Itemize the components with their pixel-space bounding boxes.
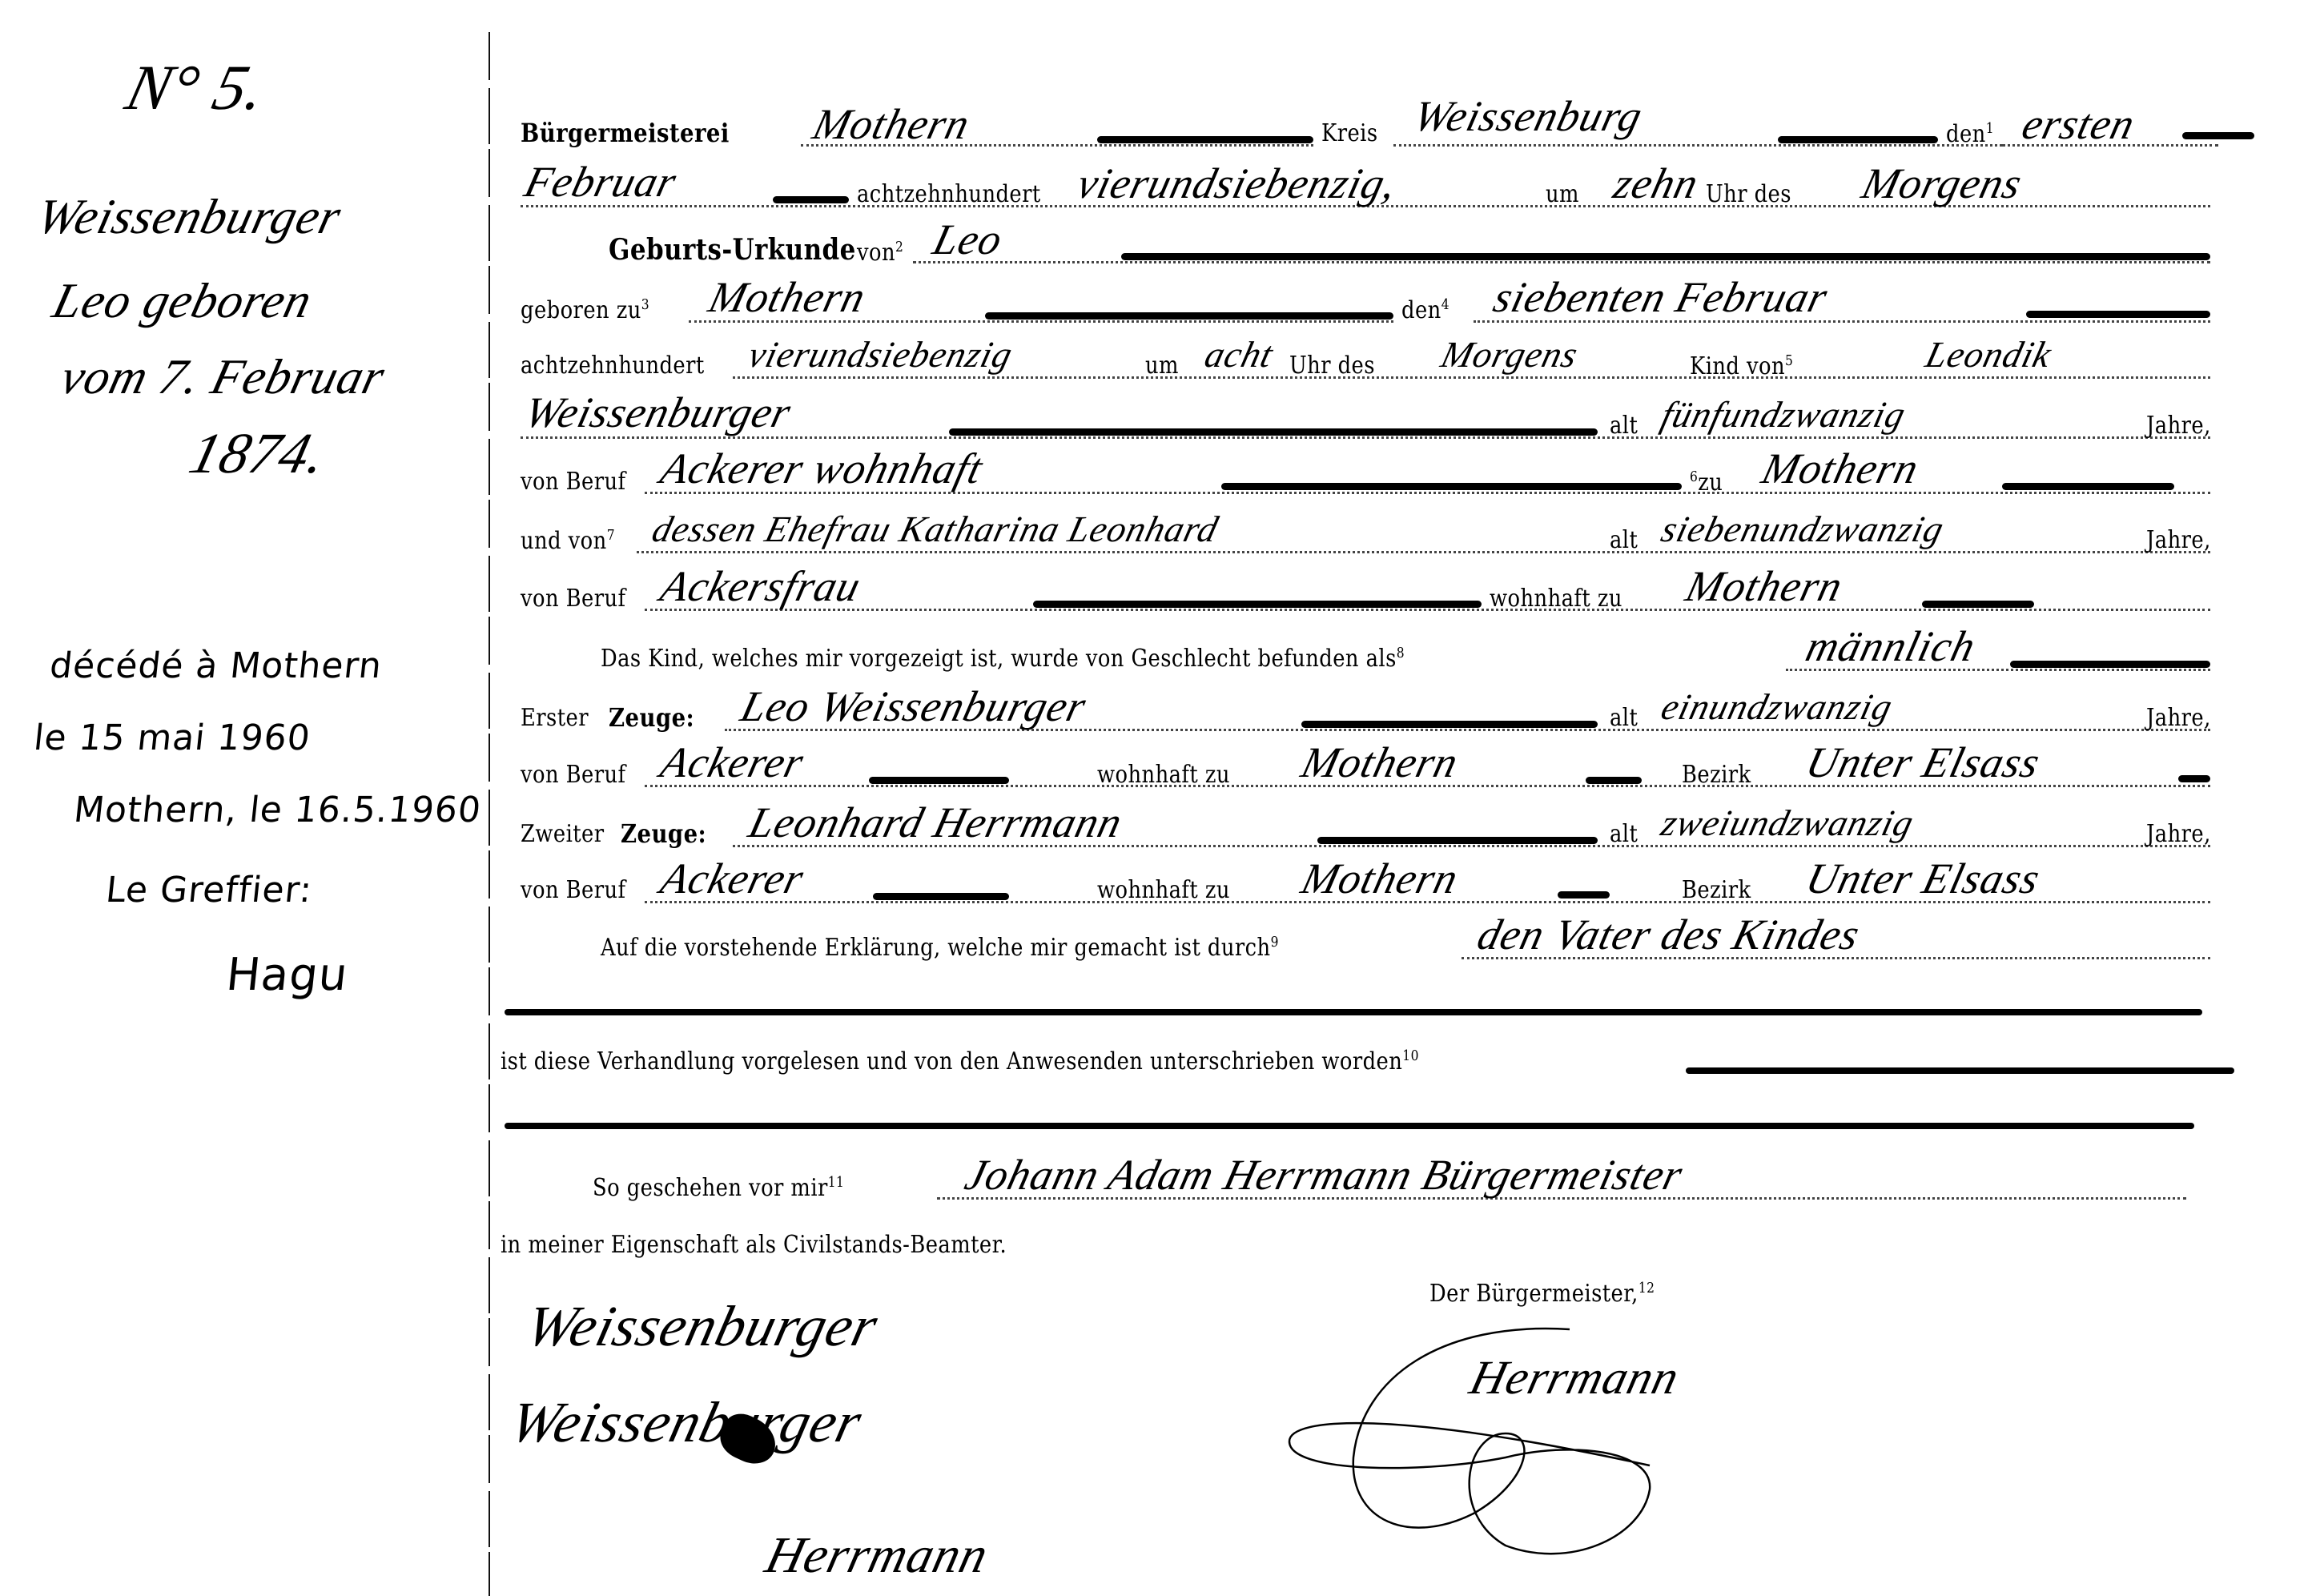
label-bezirk: Bezirk: [1682, 763, 1751, 787]
dotted-guide: [645, 609, 2210, 611]
signer-1-signature: Weissenburger: [521, 1297, 884, 1355]
value-father-profession: Ackerer wohnhaft: [657, 447, 987, 490]
value-mother-residence: Mothern: [1682, 565, 1847, 608]
fill-stroke: [873, 893, 1009, 900]
fill-stroke: [2010, 661, 2210, 668]
value-birth-date: siebenten Februar: [1490, 275, 1832, 319]
fill-stroke: [1097, 136, 1313, 143]
dotted-guide: [913, 261, 2210, 263]
value-second-witness-profession: Ackerer: [657, 857, 808, 900]
value-father-first-name: Leondik: [1922, 336, 2056, 373]
label-erster: Erster: [521, 706, 589, 730]
value-child-name: Leo: [929, 218, 1007, 261]
label-jahre: Jahre,: [2146, 529, 2211, 553]
fill-stroke: [1221, 483, 1682, 490]
margin-name-line-1: Weissenburger: [32, 192, 346, 242]
fill-stroke: [1922, 601, 2034, 608]
value-second-witness-residence: Mothern: [1297, 857, 1462, 900]
fill-stroke: [773, 196, 849, 203]
fill-stroke: [2026, 311, 2210, 318]
fill-stroke: [2002, 483, 2174, 490]
fill-stroke: [1586, 777, 1642, 784]
label-zeuge: Zeuge:: [609, 705, 694, 730]
value-birth-year: vierundsiebenzig: [745, 336, 1016, 373]
fill-stroke: [869, 777, 1009, 784]
label-kind-von: Kind von5: [1690, 354, 1793, 379]
label-zweiter: Zweiter: [521, 822, 605, 846]
label-jahre: Jahre,: [2146, 414, 2211, 438]
margin-name-line-3: vom 7. Februar: [56, 352, 390, 402]
value-father-residence: Mothern: [1758, 447, 1923, 490]
label-alt: alt: [1610, 414, 1638, 438]
fill-stroke: [2178, 775, 2210, 782]
death-note-line-3: Mothern, le 16.5.1960: [72, 793, 483, 828]
value-mother-profession: Ackersfrau: [657, 565, 865, 608]
label-von: von2: [857, 240, 903, 265]
done-before-me-text: So geschehen vor mir11: [593, 1176, 844, 1200]
label-buergermeisterei: Bürgermeisterei: [521, 120, 730, 146]
capacity-text: in meiner Eigenschaft als Civilstands-Be…: [501, 1233, 1007, 1257]
signature-flourish-icon: [1265, 1313, 1746, 1578]
declaration-text: Auf die vorstehende Erklärung, welche mi…: [601, 935, 1279, 960]
label-um: um: [1145, 354, 1179, 378]
label-achtzehnhundert: achtzehnhundert: [521, 354, 705, 378]
margin-divider: [489, 32, 490, 1596]
label-wohnhaft-zu: wohnhaft zu: [1097, 878, 1230, 903]
label-um: um: [1546, 183, 1579, 207]
value-declarant: den Vater des Kindes: [1474, 913, 1864, 956]
value-time-of-day: Morgens: [1858, 162, 2026, 205]
death-note-line-1: décédé à Mothern: [48, 649, 384, 684]
value-mother-age: siebenundzwanzig: [1658, 511, 1948, 548]
value-sex: männlich: [1802, 625, 1980, 668]
label-zu: 6zu: [1690, 470, 1723, 495]
fill-stroke: [1686, 1067, 2234, 1074]
greffier-signature: Hagu: [224, 953, 350, 998]
fill-stroke: [1121, 253, 2210, 260]
label-kreis: Kreis: [1321, 122, 1378, 146]
value-first-witness-residence: Mothern: [1297, 741, 1462, 784]
value-mother-name: dessen Ehefrau Katharina Leonhard: [649, 511, 1222, 548]
label-wohnhaft-zu: wohnhaft zu: [1490, 587, 1622, 611]
label-geboren-zu: geboren zu3: [521, 298, 649, 323]
value-first-witness-name: Leo Weissenburger: [737, 685, 1091, 728]
label-von-beruf: von Beruf: [521, 587, 626, 611]
label-alt: alt: [1610, 822, 1638, 846]
fill-stroke: [1778, 136, 1938, 143]
death-note-line-4: Le Greffier:: [104, 873, 314, 908]
label-zeuge: Zeuge:: [621, 821, 706, 846]
value-day: ersten: [2018, 103, 2139, 146]
signer-3-signature: Herrmann: [761, 1530, 994, 1581]
fill-stroke: [1301, 721, 1598, 728]
value-official: Johann Adam Herrmann Bürgermeister: [961, 1153, 1687, 1196]
value-birth-hour: acht: [1201, 336, 1277, 373]
record-number: N° 5.: [120, 56, 272, 120]
label-von-beruf: von Beruf: [521, 470, 626, 494]
value-second-witness-age: zweiundzwanzig: [1658, 805, 1918, 842]
value-father-surname: Weissenburger: [521, 391, 795, 434]
value-second-witness-district: Unter Elsass: [1802, 857, 2045, 900]
label-wohnhaft-zu: wohnhaft zu: [1097, 763, 1230, 787]
value-month: Februar: [521, 160, 681, 203]
value-mayoralty: Mothern: [809, 103, 974, 146]
sex-statement-text: Das Kind, welches mir vorgezeigt ist, wu…: [601, 646, 1405, 671]
margin-name-line-2: Leo geboren: [48, 276, 317, 326]
document-title: Geburts-Urkunde: [609, 235, 856, 264]
signer-2-signature: Weissenburger: [505, 1393, 868, 1451]
mayor-label: Der Bürgermeister,12: [1429, 1281, 1655, 1306]
dotted-guide: [637, 551, 2210, 553]
label-alt: alt: [1610, 706, 1638, 730]
dotted-guide: [733, 376, 2210, 379]
value-second-witness-name: Leonhard Herrmann: [745, 801, 1127, 844]
blank-fill-rule: [505, 1009, 2202, 1015]
value-district: Weissenburg: [1409, 94, 1647, 138]
label-alt: alt: [1610, 529, 1638, 553]
death-note-line-2: le 15 mai 1960: [32, 721, 312, 756]
label-von-beruf: von Beruf: [521, 878, 626, 903]
value-birth-time-of-day: Morgens: [1437, 336, 1582, 373]
value-born-at: Mothern: [705, 275, 870, 319]
label-von-beruf: von Beruf: [521, 763, 626, 787]
label-uhr-des: Uhr des: [1706, 183, 1791, 207]
margin-name-line-4: 1874.: [184, 424, 332, 482]
fill-stroke: [949, 428, 1598, 436]
blank-fill-rule: [505, 1123, 2194, 1129]
fill-stroke: [1033, 601, 1482, 608]
label-den: den1: [1946, 122, 1994, 147]
value-first-witness-profession: Ackerer: [657, 741, 808, 784]
dotted-guide: [521, 436, 2210, 439]
value-first-witness-district: Unter Elsass: [1802, 741, 2045, 784]
value-year: vierundsiebenzig,: [1073, 162, 1401, 205]
label-achtzehnhundert: achtzehnhundert: [857, 183, 1041, 207]
reading-statement-text: ist diese Verhandlung vorgelesen und von…: [501, 1049, 1419, 1074]
label-den: den4: [1401, 298, 1450, 323]
value-father-age: fünfundzwanzig: [1658, 396, 1909, 433]
dotted-guide: [1393, 144, 2002, 147]
value-hour: zehn: [1610, 162, 1703, 205]
fill-stroke: [985, 312, 1393, 320]
label-jahre: Jahre,: [2146, 822, 2211, 846]
value-first-witness-age: einundzwanzig: [1658, 689, 1896, 726]
fill-stroke: [1317, 837, 1598, 844]
label-uhr-des: Uhr des: [1289, 354, 1375, 378]
fill-stroke: [2182, 132, 2254, 139]
fill-stroke: [1558, 891, 1610, 899]
label-jahre: Jahre,: [2146, 706, 2211, 730]
label-bezirk: Bezirk: [1682, 878, 1751, 903]
birth-certificate-page: N° 5. Weissenburger Leo geboren vom 7. F…: [0, 0, 2316, 1596]
label-und-von: und von7: [521, 529, 615, 553]
